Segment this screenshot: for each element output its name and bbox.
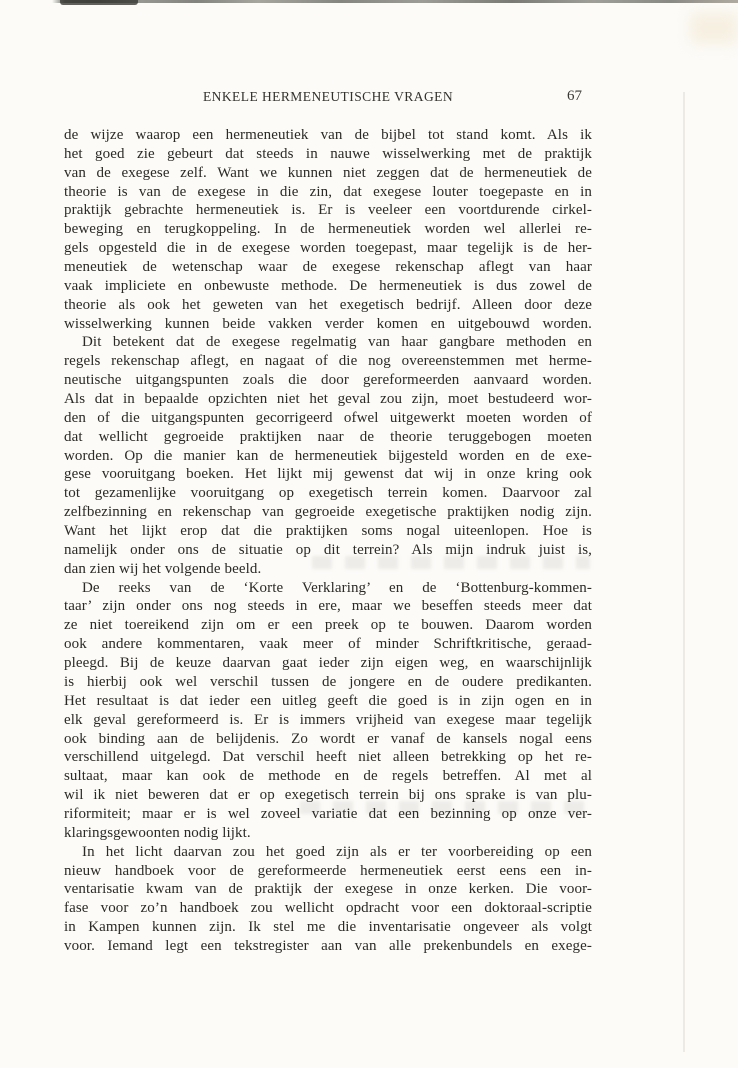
paragraph: De reeks van de ‘Korte Verklaring’ en de…	[64, 579, 592, 843]
scan-artifact-dark-segment	[60, 0, 138, 5]
text-line: den of die uitgangspunten gecorrigeerd o…	[64, 409, 592, 428]
text-line: dat wellicht gegroeide praktijken naar d…	[64, 428, 592, 447]
text-line: klaringsgewoonten nodig lijkt.	[64, 824, 592, 843]
text-line: Het resultaat is dat ieder een uitleg ge…	[64, 692, 592, 711]
text-line: beweging en terugkoppeling. In de hermen…	[64, 220, 592, 239]
text-line: praktijk gebrachte hermeneutiek is. Er i…	[64, 201, 592, 220]
text-line: sultaat, maar kan ook de methode en de r…	[64, 767, 592, 786]
text-line: het goed zie gebeurt dat steeds in nauwe…	[64, 145, 592, 164]
paragraph: In het licht daarvan zou het goed zijn a…	[64, 843, 592, 956]
scan-smudge	[690, 12, 738, 44]
text-line: In het licht daarvan zou het goed zijn a…	[64, 843, 592, 862]
text-line: neutische uitgangspunten zoals die door …	[64, 371, 592, 390]
text-line: tot gezamenlijke vooruitgang op exegetis…	[64, 484, 592, 503]
paragraph: Dit betekent dat de exegese regelmatig v…	[64, 333, 592, 578]
page-edge-shadow	[683, 92, 685, 1052]
text-line: regels rekenschap aflegt, en nagaat of d…	[64, 352, 592, 371]
text-line: Want het lijkt erop dat die praktijken s…	[64, 522, 592, 541]
text-line: riformiteit; maar er is wel zoveel varia…	[64, 805, 592, 824]
text-line: ook binding aan de belijdenis. Zo wordt …	[64, 730, 592, 749]
text-line: verschillend uitgelegd. Dat verschil hee…	[64, 748, 592, 767]
text-line: Dit betekent dat de exegese regelmatig v…	[64, 333, 592, 352]
text-line: taar’ zijn onder ons nog steeds in ere, …	[64, 597, 592, 616]
text-line: ventarisatie kwam van de praktijk der ex…	[64, 880, 592, 899]
text-body: de wijze waarop een hermeneutiek van de …	[64, 126, 592, 956]
page-number: 67	[567, 88, 582, 105]
scanned-book-page: ENKELE HERMENEUTISCHE VRAGEN 67 de wijze…	[0, 0, 738, 1068]
text-column: ENKELE HERMENEUTISCHE VRAGEN 67 de wijze…	[64, 88, 592, 956]
text-line: dan zien wij het volgende beeld.	[64, 560, 592, 579]
text-line: fase voor zo’n handboek zou wellicht opd…	[64, 899, 592, 918]
text-line: nieuw handboek voor de gereformeerde her…	[64, 862, 592, 881]
text-line: van de exegese zelf. Want we kunnen niet…	[64, 164, 592, 183]
text-line: vaak impliciete en onbewuste methode. De…	[64, 277, 592, 296]
text-line: namelijk onder ons de situatie op dit te…	[64, 541, 592, 560]
text-line: in Kampen kunnen zijn. Ik stel me die in…	[64, 918, 592, 937]
text-line: Als dat in bepaalde opzichten niet het g…	[64, 390, 592, 409]
text-line: wil ik niet beweren dat er op exegetisch…	[64, 786, 592, 805]
text-line: elk geval gereformeerd is. Er is immers …	[64, 711, 592, 730]
text-line: pleegd. Bij de keuze daarvan gaat ieder …	[64, 654, 592, 673]
text-line: zelfbezinning en rekenschap van gegroeid…	[64, 503, 592, 522]
running-header: ENKELE HERMENEUTISCHE VRAGEN 67	[64, 88, 592, 105]
scan-artifact-top-line	[52, 0, 738, 3]
text-line: gels opgesteld die in de exegese worden …	[64, 239, 592, 258]
paragraph: de wijze waarop een hermeneutiek van de …	[64, 126, 592, 333]
text-line: theorie is van de exegese in die zin, da…	[64, 183, 592, 202]
text-line: worden. Op die manier kan de hermeneutie…	[64, 447, 592, 466]
text-line: De reeks van de ‘Korte Verklaring’ en de…	[64, 579, 592, 598]
text-line: ook andere kommentaren, vaak meer of min…	[64, 635, 592, 654]
text-line: de wijze waarop een hermeneutiek van de …	[64, 126, 592, 145]
text-line: wisselwerking kunnen beide vakken verder…	[64, 315, 592, 334]
text-line: voor. Iemand legt een tekstregister aan …	[64, 937, 592, 956]
text-line: is hierbij ook wel verschil tussen de jo…	[64, 673, 592, 692]
text-line: ze niet toereikend zijn om er een preek …	[64, 616, 592, 635]
text-line: meneutiek de wetenschap waar de exegese …	[64, 258, 592, 277]
text-line: gese vooruitgang boeken. Het lijkt mij g…	[64, 465, 592, 484]
running-header-title: ENKELE HERMENEUTISCHE VRAGEN	[64, 88, 592, 105]
text-line: theorie als ook het geweten van het exeg…	[64, 296, 592, 315]
